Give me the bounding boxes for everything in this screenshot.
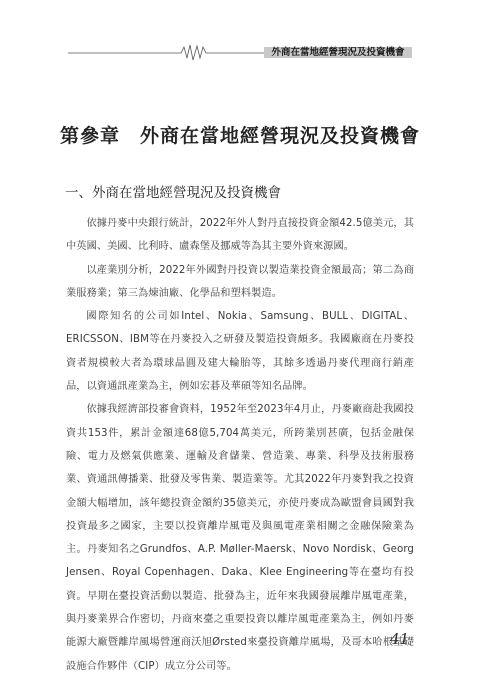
paragraph: 依據丹麥中央銀行統計，2022年外人對丹直接投資金額42.5億美元，其中英國、美… xyxy=(66,212,414,259)
zigzag-rule-icon xyxy=(0,0,480,70)
body-text: 依據丹麥中央銀行統計，2022年外人對丹直接投資金額42.5億美元，其中英國、美… xyxy=(66,212,414,678)
page-number: 41 xyxy=(390,630,409,648)
chapter-title: 第參章 外商在當地經營現況及投資機會 xyxy=(0,121,480,148)
paragraph: 國際知名的公司如Intel、Nokia、Samsung、BULL、DIGITAL… xyxy=(66,305,414,398)
running-title: 外商在當地經營現況及投資機會 xyxy=(264,47,412,58)
page-header: 外商在當地經營現況及投資機會 xyxy=(0,0,480,70)
section-title: 一、外商在當地經營現況及投資機會 xyxy=(65,181,281,201)
paragraph: 依據我經濟部投審會資料，1952年至2023年4月止，丹麥廠商赴我國投資共153… xyxy=(66,398,414,678)
paragraph: 以產業別分析，2022年外國對丹投資以製造業投資金額最高；第二為商業服務業；第三… xyxy=(66,259,414,306)
